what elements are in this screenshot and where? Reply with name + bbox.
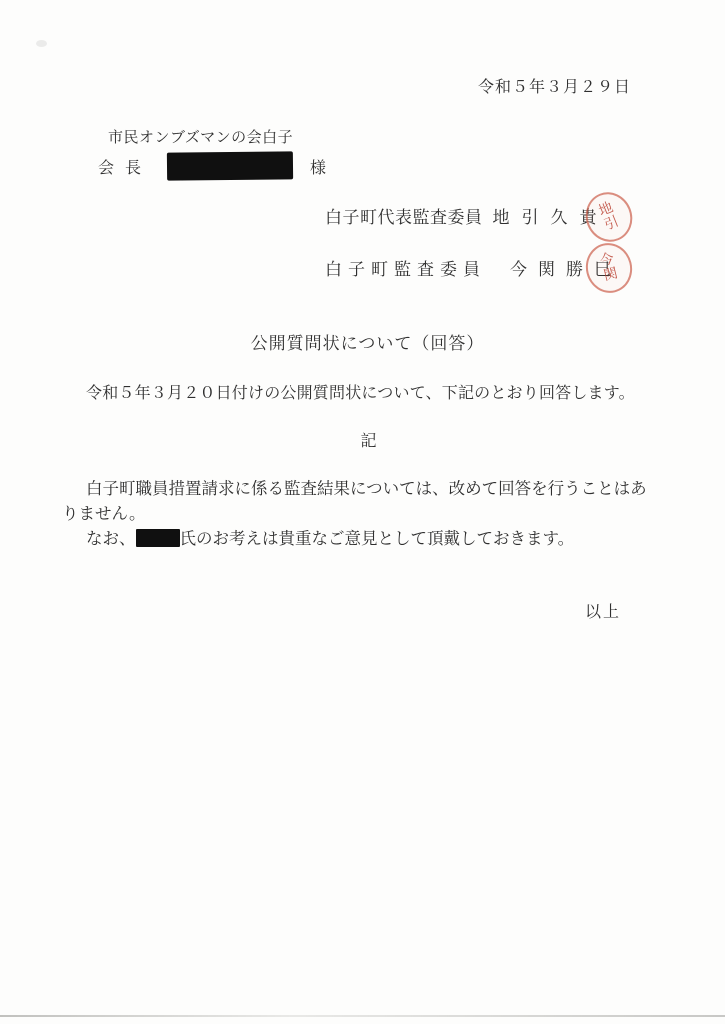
- redaction-person-name: [136, 529, 180, 547]
- recipient-organization: 市民オンブズマンの会白子: [108, 126, 293, 147]
- scanned-letter-page: 令和５年３月２９日 市民オンブズマンの会白子 会長 様 白子町代表監査委員地引久…: [0, 0, 725, 1024]
- ki-marker: 記: [0, 428, 725, 451]
- scan-artifact-speck: [36, 40, 47, 47]
- recipient-title: 会長: [98, 155, 152, 178]
- body-paragraph-1: 白子町職員措置請求に係る監査結果については、改めて回答を行うことはありません。: [62, 476, 656, 526]
- sender2-title: 白子町監査委員: [325, 260, 486, 279]
- name-seal-imazeki: 今 関: [581, 238, 638, 298]
- body-paragraph2-prefix: なお、: [86, 529, 136, 548]
- seal1-char-bottom: 引: [603, 214, 622, 233]
- seal2-char-bottom: 関: [602, 266, 619, 284]
- letter-subject: 公開質問状について（回答）: [0, 329, 725, 354]
- recipient-honorific: 様: [310, 155, 326, 178]
- recipient-line: 会長 様: [98, 152, 326, 180]
- body-paragraph-2: なお、氏のお考えは貴重なご意見として頂戴しておきます。: [62, 526, 656, 551]
- sender1-title: 白子町代表監査委員: [325, 208, 483, 227]
- intro-paragraph: 令和５年３月２０日付けの公開質問状について、下記のとおり回答します。: [62, 380, 635, 403]
- name-seal-jibiki: 地 引: [578, 185, 639, 249]
- closing-marker: 以上: [585, 599, 621, 622]
- sender-line-representative-auditor: 白子町代表監査委員地引久貴: [325, 203, 609, 228]
- redaction-recipient-name: [167, 151, 293, 180]
- sender-line-auditor: 白子町監査委員今関勝巳: [325, 255, 622, 280]
- body-paragraph2-suffix: 氏のお考えは貴重なご意見として頂戴しておきます。: [180, 529, 575, 548]
- scan-artifact-line: [0, 1015, 725, 1017]
- letter-date: 令和５年３月２９日: [478, 74, 631, 97]
- body-text: 白子町職員措置請求に係る監査結果については、改めて回答を行うことはありません。 …: [62, 476, 656, 551]
